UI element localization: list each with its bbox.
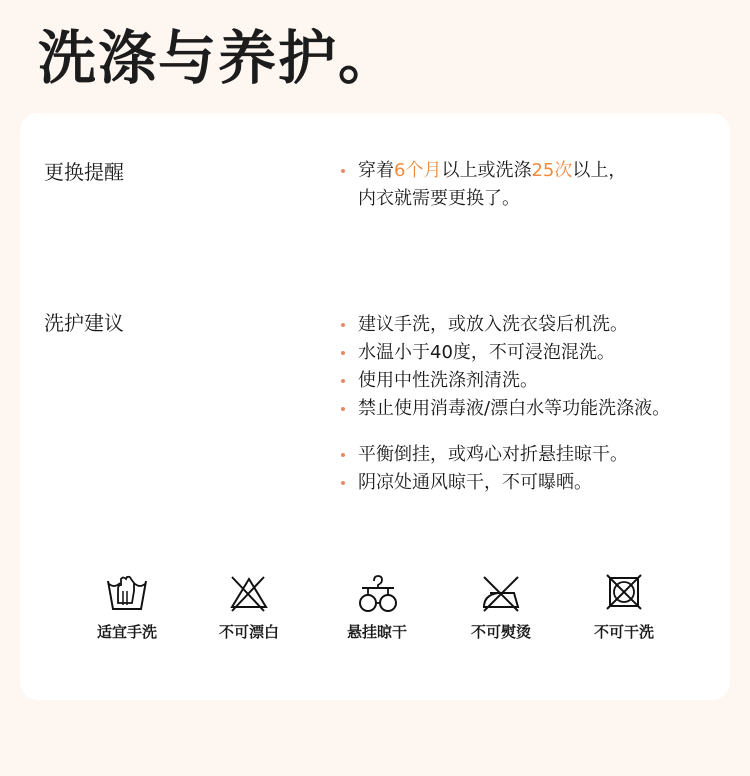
care-advice-list: 建议手洗，或放入洗衣袋后机洗。 水温小于40度，不可浸泡混洗。 使用中性洗涤剂清… xyxy=(338,311,670,497)
hand-wash-icon xyxy=(104,573,150,613)
bullet-dot xyxy=(341,323,345,327)
care-card: 更换提醒 穿着6个月以上或洗涤25次以上， 内衣就需要更换了。 洗护建议 建议手… xyxy=(20,113,730,700)
care-label: 不可熨烫 xyxy=(446,621,556,642)
care-symbol-no-iron: 不可熨烫 xyxy=(446,573,556,642)
hang-dry-icon xyxy=(354,573,400,613)
list-item: 使用中性洗涤剂清洗。 xyxy=(338,367,670,395)
list-item: 阴凉处通风晾干，不可曝晒。 xyxy=(338,469,670,497)
replacement-label: 更换提醒 xyxy=(44,158,124,186)
highlight-months: 6个月 xyxy=(394,160,441,181)
care-symbol-hang-dry: 悬挂晾干 xyxy=(322,573,432,642)
care-label: 适宜手洗 xyxy=(72,621,182,642)
list-item: 平衡倒挂，或鸡心对折悬挂晾干。 xyxy=(338,441,670,469)
bullet-dot xyxy=(341,453,345,457)
care-symbol-no-dry-clean: 不可干洗 xyxy=(569,573,679,642)
care-symbol-hand-wash: 适宜手洗 xyxy=(72,573,182,642)
care-label: 不可干洗 xyxy=(569,621,679,642)
replacement-list: 穿着6个月以上或洗涤25次以上， 内衣就需要更换了。 xyxy=(338,157,626,213)
bullet-dot xyxy=(341,407,345,411)
care-symbol-no-bleach: 不可漂白 xyxy=(194,573,304,642)
list-item: 禁止使用消毒液/漂白水等功能洗涤液。 xyxy=(338,395,670,423)
care-label: 悬挂晾干 xyxy=(322,621,432,642)
no-dry-clean-icon xyxy=(601,573,647,613)
bullet-dot xyxy=(341,351,345,355)
highlight-washes: 25次 xyxy=(531,160,572,181)
bullet-dot xyxy=(341,481,345,485)
list-item-continuation: 内衣就需要更换了。 xyxy=(338,185,626,213)
page-title: 洗涤与养护。 xyxy=(38,18,398,98)
no-iron-icon xyxy=(478,573,524,613)
list-item: 穿着6个月以上或洗涤25次以上， xyxy=(338,157,626,185)
care-symbols: 适宜手洗 不可漂白 悬挂晾干 xyxy=(20,573,730,653)
care-advice-label: 洗护建议 xyxy=(44,309,124,337)
bullet-dot xyxy=(341,169,345,173)
care-label: 不可漂白 xyxy=(194,621,304,642)
list-item: 水温小于40度，不可浸泡混洗。 xyxy=(338,339,670,367)
no-bleach-icon xyxy=(226,573,272,613)
bullet-dot xyxy=(341,379,345,383)
list-item: 建议手洗，或放入洗衣袋后机洗。 xyxy=(338,311,670,339)
